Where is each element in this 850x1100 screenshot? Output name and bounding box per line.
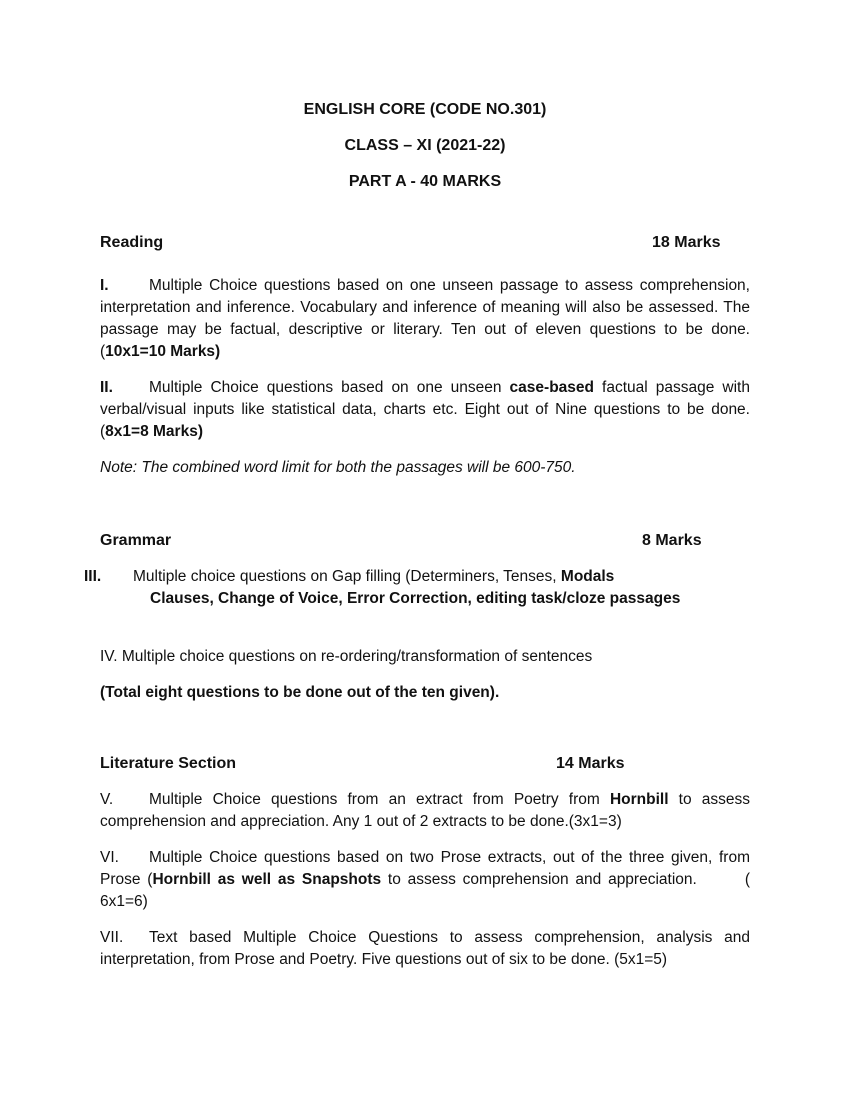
grammar-total-note: (Total eight questions to be done out of… <box>100 682 499 704</box>
item-number: III. <box>84 566 133 588</box>
reading-item-1: I.Multiple Choice questions based on one… <box>100 275 750 363</box>
item-number: VII. <box>100 927 149 949</box>
literature-item-6: VI.Multiple Choice questions based on tw… <box>100 847 750 913</box>
literature-marks: 14 Marks <box>556 755 625 773</box>
grammar-item-3: III.Multiple choice questions on Gap fil… <box>84 566 784 588</box>
reading-note: Note: The combined word limit for both t… <box>100 457 750 479</box>
reading-item-2: II.Multiple Choice questions based on on… <box>100 377 750 443</box>
class-line: CLASS – XI (2021-22) <box>0 137 850 155</box>
part-line: PART A - 40 MARKS <box>0 173 850 191</box>
literature-item-5: V.Multiple Choice questions from an extr… <box>100 789 750 833</box>
document-title: ENGLISH CORE (CODE NO.301) <box>0 101 850 119</box>
reading-heading: Reading <box>100 234 163 252</box>
grammar-item-3-line2: Clauses, Change of Voice, Error Correcti… <box>150 588 680 610</box>
grammar-item-4: IV. Multiple choice questions on re-orde… <box>100 646 592 668</box>
item-number: VI. <box>100 847 149 869</box>
reading-marks: 18 Marks <box>652 234 721 252</box>
item-number: II. <box>100 377 149 399</box>
grammar-marks: 8 Marks <box>642 532 702 550</box>
literature-heading: Literature Section <box>100 755 236 773</box>
item-number: V. <box>100 789 149 811</box>
grammar-heading: Grammar <box>100 532 171 550</box>
item-number: I. <box>100 275 149 297</box>
literature-item-7: VII.Text based Multiple Choice Questions… <box>100 927 750 971</box>
